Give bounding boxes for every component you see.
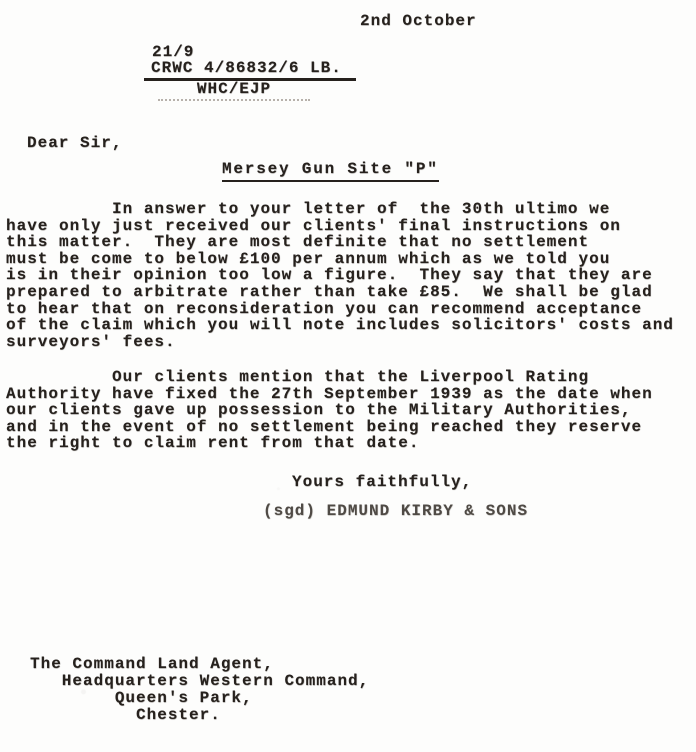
valediction: Yours faithfully, (292, 474, 472, 491)
subject-heading: Mersey Gun Site "P" (222, 161, 439, 182)
letter-date: 2nd October (360, 13, 477, 30)
salutation: Dear Sir, (27, 135, 122, 152)
letter-page: 2nd October 21/9 CRWC 4/86832/6 LB. WHC/… (0, 0, 696, 752)
reference-number-main: CRWC 4/86832/6 LB. (144, 60, 356, 81)
body-paragraph-1: In answer to your letter of the 30th ult… (6, 201, 674, 350)
reference-initials: WHC/EJP (158, 81, 310, 101)
recipient-address: The Command Land Agent, Headquarters Wes… (30, 656, 369, 724)
signature-line: (sgd) EDMUND KIRBY & SONS (263, 503, 528, 520)
body-paragraph-2: Our clients mention that the Liverpool R… (6, 369, 653, 452)
